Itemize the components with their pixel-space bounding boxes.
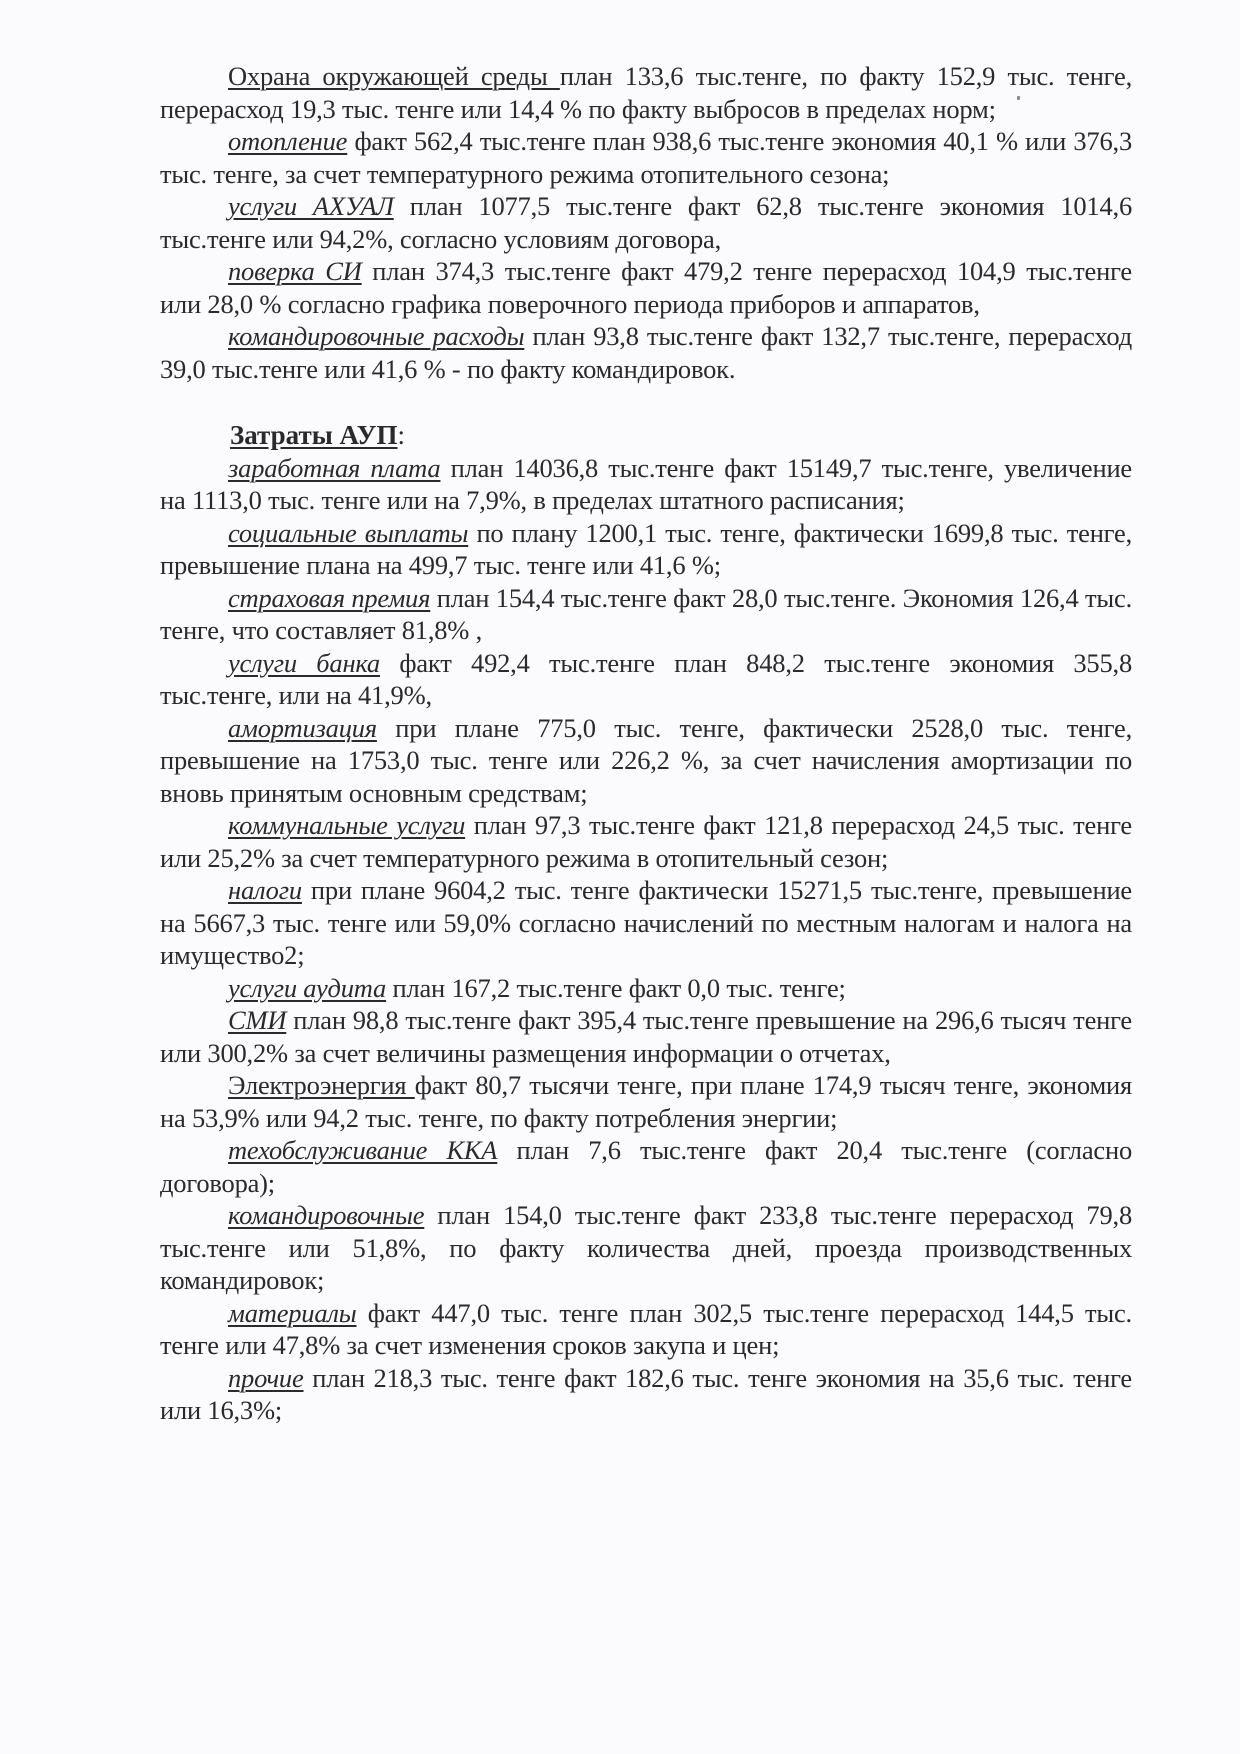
section-heading-aup-expenses: Затраты АУП: [160,419,1132,452]
expense-term: заработная плата [228,453,440,483]
expense-paragraph: социальные выплаты по плану 1200,1 тыс. … [160,517,1132,582]
expense-term: Электроэнергия [228,1070,415,1100]
expense-paragraph: техобслуживание ККА план 7,6 тыс.тенге ф… [160,1134,1132,1199]
expense-paragraph: амортизация при плане 775,0 тыс. тенге, … [160,712,1132,810]
expense-term: социальные выплаты [228,518,468,548]
section-heading-colon: : [398,420,406,450]
section-environment-expenses: Охрана окружающей среды план 133,6 тыс.т… [160,60,1132,385]
expense-paragraph: коммунальные услуги план 97,3 тыс.тенге … [160,809,1132,874]
document-page: Охрана окружающей среды план 133,6 тыс.т… [160,60,1132,1427]
expense-paragraph: командировочные план 154,0 тыс.тенге фак… [160,1199,1132,1297]
expense-term: амортизация [228,713,377,743]
expense-paragraph: заработная плата план 14036,8 тыс.тенге … [160,452,1132,517]
expense-term: материалы [228,1298,357,1328]
expense-paragraph: налоги при плане 9604,2 тыс. тенге факти… [160,874,1132,972]
expense-term: коммунальные услуги [228,810,465,840]
expense-details: план 167,2 тыс.тенге факт 0,0 тыс. тенге… [386,973,846,1003]
section-heading-text: Затраты АУП [230,420,398,450]
expense-details: при плане 9604,2 тыс. тенге фактически 1… [160,875,1132,970]
expense-term: Охрана окружающей среды [228,61,560,91]
expense-paragraph: Электроэнергия факт 80,7 тысячи тенге, п… [160,1069,1132,1134]
expense-term: страховая премия [228,583,430,613]
expense-term: прочие [228,1363,304,1393]
expense-paragraph: поверка СИ план 374,3 тыс.тенге факт 479… [160,255,1132,320]
expense-paragraph: услуги аудита план 167,2 тыс.тенге факт … [160,972,1132,1005]
expense-term: услуги АХУАЛ [228,191,394,221]
expense-details: план 98,8 тыс.тенге факт 395,4 тыс.тенге… [160,1005,1132,1068]
expense-term: услуги банка [228,648,380,678]
section-aup-expenses: заработная плата план 14036,8 тыс.тенге … [160,452,1132,1427]
expense-term: техобслуживание ККА [228,1135,497,1165]
expense-paragraph: услуги АХУАЛ план 1077,5 тыс.тенге факт … [160,190,1132,255]
expense-paragraph: отопление факт 562,4 тыс.тенге план 938,… [160,125,1132,190]
expense-paragraph: материалы факт 447,0 тыс. тенге план 302… [160,1297,1132,1362]
expense-term: налоги [228,875,302,905]
expense-paragraph: Охрана окружающей среды план 133,6 тыс.т… [160,60,1132,125]
expense-term: поверка СИ [228,256,362,286]
expense-term: отопление [228,126,347,156]
expense-paragraph: страховая премия план 154,4 тыс.тенге фа… [160,582,1132,647]
expense-term: командировочные расходы [228,321,524,351]
expense-paragraph: прочие план 218,3 тыс. тенге факт 182,6 … [160,1362,1132,1427]
expense-term: командировочные [228,1200,424,1230]
expense-details: план 218,3 тыс. тенге факт 182,6 тыс. те… [160,1363,1132,1426]
expense-term: СМИ [228,1005,286,1035]
expense-term: услуги аудита [228,973,386,1003]
expense-paragraph: командировочные расходы план 93,8 тыс.те… [160,320,1132,385]
scan-speck [1017,96,1020,100]
expense-paragraph: услуги банка факт 492,4 тыс.тенге план 8… [160,647,1132,712]
expense-paragraph: СМИ план 98,8 тыс.тенге факт 395,4 тыс.т… [160,1004,1132,1069]
